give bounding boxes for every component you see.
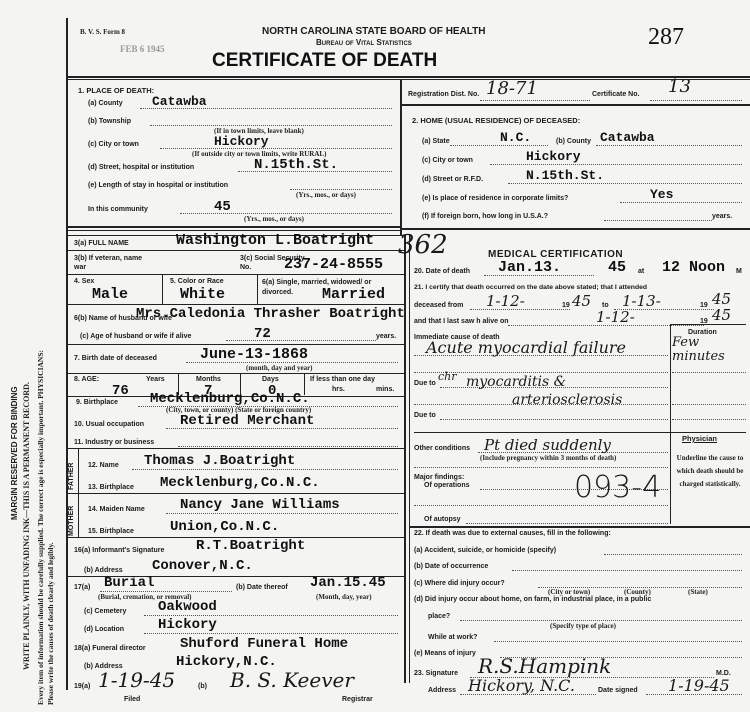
informant-address-value: Conover,N.C. [152, 558, 253, 574]
birthplace-value: Mecklenburg,Co.N.C. [150, 391, 310, 407]
certificate-no-value: 13 [668, 76, 691, 97]
death-street-value: N.15th.St. [254, 157, 338, 173]
father-birthplace-value: Mecklenburg,Co.N.C. [160, 475, 320, 491]
burial-date-hint: (Month, day, year) [316, 593, 372, 601]
stay-label: (e) Length of stay in hospital or instit… [88, 182, 228, 189]
township-label: (b) Township [88, 118, 131, 125]
home-state-label: (a) State [422, 138, 450, 145]
registrar-b-label: (b) [198, 683, 207, 690]
spouse-name-value: Mrs.Caledonia Thrasher Boatright [136, 306, 405, 322]
m-label: M [736, 268, 742, 275]
place-label: place? [428, 613, 450, 620]
filed-date-value: 1-19-45 [98, 668, 175, 692]
physician-address-label: Address [428, 687, 456, 694]
other-conditions-value: Pt died suddenly [484, 436, 611, 454]
filed-label: Filed [124, 696, 140, 703]
year-prefix: 19 [562, 302, 570, 309]
margin-note-362: 362 [398, 230, 448, 260]
last-seen-label: and that I last saw h alive on [414, 318, 509, 325]
injury-location-label: (c) Where did injury occur? [414, 580, 505, 587]
veteran-label: 3(b) If veteran, name war [74, 254, 144, 272]
burial-method-value: Burial [104, 575, 154, 591]
burial-date-label: (b) Date thereof [236, 584, 288, 591]
bureau-name: Bureau of Vital Statistics [316, 38, 412, 47]
home-city-label: (c) City or town [422, 157, 473, 164]
due-to-label-1: Due to [414, 380, 436, 387]
certificate-number: 287 [648, 24, 684, 51]
informant-signature-value: R.T.Boatright [196, 538, 305, 554]
accident-label: (a) Accident, suicide, or homicide (spec… [414, 547, 556, 554]
home-city-value: Hickory [526, 149, 581, 164]
informant-signature-label: 16(a) Informant's Signature [74, 547, 164, 554]
external-causes-heading: 22. If death was due to external causes,… [414, 530, 611, 537]
cemetery-value: Oakwood [158, 599, 217, 615]
father-name-value: Thomas J.Boatright [144, 453, 295, 469]
birth-date-hint: (month, day and year) [246, 364, 313, 372]
other-conditions-hint: (Include pregnancy within 3 months of de… [480, 454, 616, 462]
major-findings-label: Major findings: [414, 474, 464, 481]
home-state-value: N.C. [500, 130, 531, 145]
margin-instruction-2: Every item of information should be care… [36, 350, 45, 705]
spouse-age-label: (c) Age of husband or wife if alive [80, 333, 191, 340]
foreign-born-label: (f) If foreign born, how long in U.S.A.? [422, 213, 548, 220]
immediate-cause-value: Acute myocardial failure [426, 338, 626, 357]
place-of-death-heading: 1. PLACE OF DEATH: [78, 86, 154, 95]
mother-birthplace-label: 15. Birthplace [88, 528, 134, 535]
social-security-value: 237-24-8555 [284, 256, 383, 273]
registration-district-value: 18-71 [486, 78, 538, 99]
last-seen-year: 45 [712, 306, 731, 324]
date-of-death-label: 20. Date of death [414, 268, 470, 275]
due-to-value-1b: arteriosclerosis [512, 392, 622, 408]
industry-label: 11. Industry or business [74, 439, 154, 446]
date-signed-label: Date signed [598, 687, 638, 694]
place-type-hint: (Specify type of place) [550, 622, 616, 630]
death-city-value: Hickory [214, 134, 269, 149]
age-years-label: Years [146, 376, 165, 383]
death-county-value: Catawba [152, 94, 207, 109]
time-of-death-value: 12 Noon [662, 259, 725, 276]
street-label: (d) Street, hospital or institution [88, 164, 194, 171]
county-label: (a) County [88, 100, 123, 107]
at-label: at [638, 268, 644, 275]
attended-from-year: 45 [572, 292, 591, 310]
year-prefix: 19 [700, 302, 708, 309]
physician-title: Physician [682, 434, 717, 443]
father-birthplace-label: 13. Birthplace [88, 484, 134, 491]
full-name-value: Washington L.Boatright [176, 232, 374, 249]
margin-instruction-3: Please write the causes of death clearly… [46, 542, 55, 705]
full-name-label: 3(a) FULL NAME [74, 240, 129, 247]
registration-district-label: Registration Dist. No. [408, 91, 479, 98]
mother-name-value: Nancy Jane Williams [180, 497, 340, 513]
certificate-no-label: Certificate No. [592, 91, 639, 98]
state-hint: (State) [688, 588, 708, 596]
funeral-director-value: Shuford Funeral Home [180, 636, 348, 652]
mother-tag: MOTHER [68, 506, 75, 536]
injury-place-label: (d) Did injury occur about home, on farm… [414, 596, 651, 603]
physician-signature: R.S.Hampink [478, 654, 611, 678]
birth-date-label: 7. Birth date of deceased [74, 355, 157, 362]
home-county-value: Catawba [600, 130, 655, 145]
city-label: (c) City or town [88, 141, 139, 148]
margin-reserved-text: MARGIN RESERVED FOR BINDING [10, 386, 19, 520]
county-hint: (County) [624, 588, 651, 596]
age-label: 8. AGE: [74, 376, 99, 383]
autopsy-label: Of autopsy [424, 516, 461, 523]
registrar-signature: B. S. Keever [230, 668, 354, 692]
mother-birthplace-value: Union,Co.N.C. [170, 519, 279, 535]
race-value: White [180, 286, 225, 303]
binding-margin: MARGIN RESERVED FOR BINDING WRITE PLAINL… [0, 0, 60, 712]
city-hint: (City or town) [548, 588, 590, 596]
attended-from-label: deceased from [414, 302, 463, 309]
date-signed-value: 1-19-45 [668, 676, 730, 695]
father-tag: FATHER [68, 463, 75, 490]
duration-value: Few minutes [672, 336, 748, 364]
cause-code: 093-4 [574, 470, 661, 505]
age-months-label: Months [196, 376, 221, 383]
home-street-label: (d) Street or R.F.D. [422, 176, 483, 183]
received-stamp: FEB 6 1945 [120, 44, 165, 54]
location-label: (d) Location [84, 626, 124, 633]
other-conditions-label: Other conditions [414, 445, 470, 452]
due-to-label-2: Due to [414, 412, 436, 419]
community-hint: (Yrs., mos., or days) [244, 215, 304, 223]
signature-label: 23. Signature [414, 670, 458, 677]
father-name-label: 12. Name [88, 462, 119, 469]
occupation-value: Retired Merchant [180, 413, 314, 429]
means-of-injury-label: (e) Means of injury [414, 650, 476, 657]
location-value: Hickory [158, 617, 217, 633]
margin-instruction-1: WRITE PLAINLY, WITH UNFADING INK—THIS IS… [22, 382, 31, 670]
attended-from-value: 1-12- [486, 292, 525, 310]
burial-method-label: 17(a) [74, 584, 90, 591]
cemetery-label: (c) Cemetery [84, 608, 126, 615]
age-days-label: Days [262, 376, 279, 383]
mother-name-label: 14. Maiden Name [88, 506, 145, 513]
corporate-limits-label: (e) Is place of residence in corporate l… [422, 195, 568, 202]
board-name: NORTH CAROLINA STATE BOARD OF HEALTH [262, 26, 486, 37]
informant-address-label: (b) Address [84, 567, 123, 574]
years-suffix: years. [712, 213, 732, 220]
sex-value: Male [92, 286, 128, 303]
year-of-death-value: 45 [608, 259, 626, 276]
home-heading: 2. HOME (USUAL RESIDENCE) OF DECEASED: [412, 116, 580, 125]
physician-note: Underline the cause to which death shoul… [672, 452, 748, 491]
birthplace-label: 9. Birthplace [76, 399, 118, 406]
due-to-prefix: chr [438, 370, 457, 383]
hrs-label: hrs. [332, 386, 345, 393]
stay-hint: (Yrs., mos., or days) [296, 191, 356, 199]
community-value: 45 [214, 199, 231, 215]
home-county-label: (b) County [556, 138, 591, 145]
funeral-director-label: 18(a) Funeral director [74, 645, 146, 652]
physician-address-value: Hickory, N.C. [468, 676, 575, 695]
occupation-label: 10. Usual occupation [74, 421, 144, 428]
registrar-label: Registrar [342, 696, 373, 703]
filed-label-number: 19(a) [74, 683, 90, 690]
sex-label: 4. Sex [74, 278, 94, 285]
last-seen-value: 1-12- [596, 308, 635, 326]
mins-label: mins. [376, 386, 394, 393]
years-label: years. [376, 333, 396, 340]
occurrence-date-label: (b) Date of occurrence [414, 563, 488, 570]
burial-date-value: Jan.15.45 [310, 575, 386, 591]
home-street-value: N.15th.St. [526, 168, 604, 183]
date-of-death-value: Jan.13. [498, 259, 561, 276]
birth-date-value: June-13-1868 [200, 346, 308, 363]
due-to-value-1: myocarditis & [466, 374, 566, 390]
operations-label: Of operations [424, 482, 470, 489]
form-number: B. V. S. Form 8 [80, 28, 125, 36]
while-at-work-label: While at work? [428, 634, 477, 641]
corporate-limits-value: Yes [650, 187, 673, 202]
spouse-age-value: 72 [254, 326, 271, 342]
marital-status-value: Married [322, 286, 385, 303]
less-than-day-label: If less than one day [310, 376, 375, 383]
community-label: In this community [88, 206, 148, 213]
certificate-title: CERTIFICATE OF DEATH [212, 50, 437, 72]
certify-statement: 21. I certify that death occurred on the… [414, 284, 647, 291]
race-label: 5. Color or Race [170, 278, 224, 285]
